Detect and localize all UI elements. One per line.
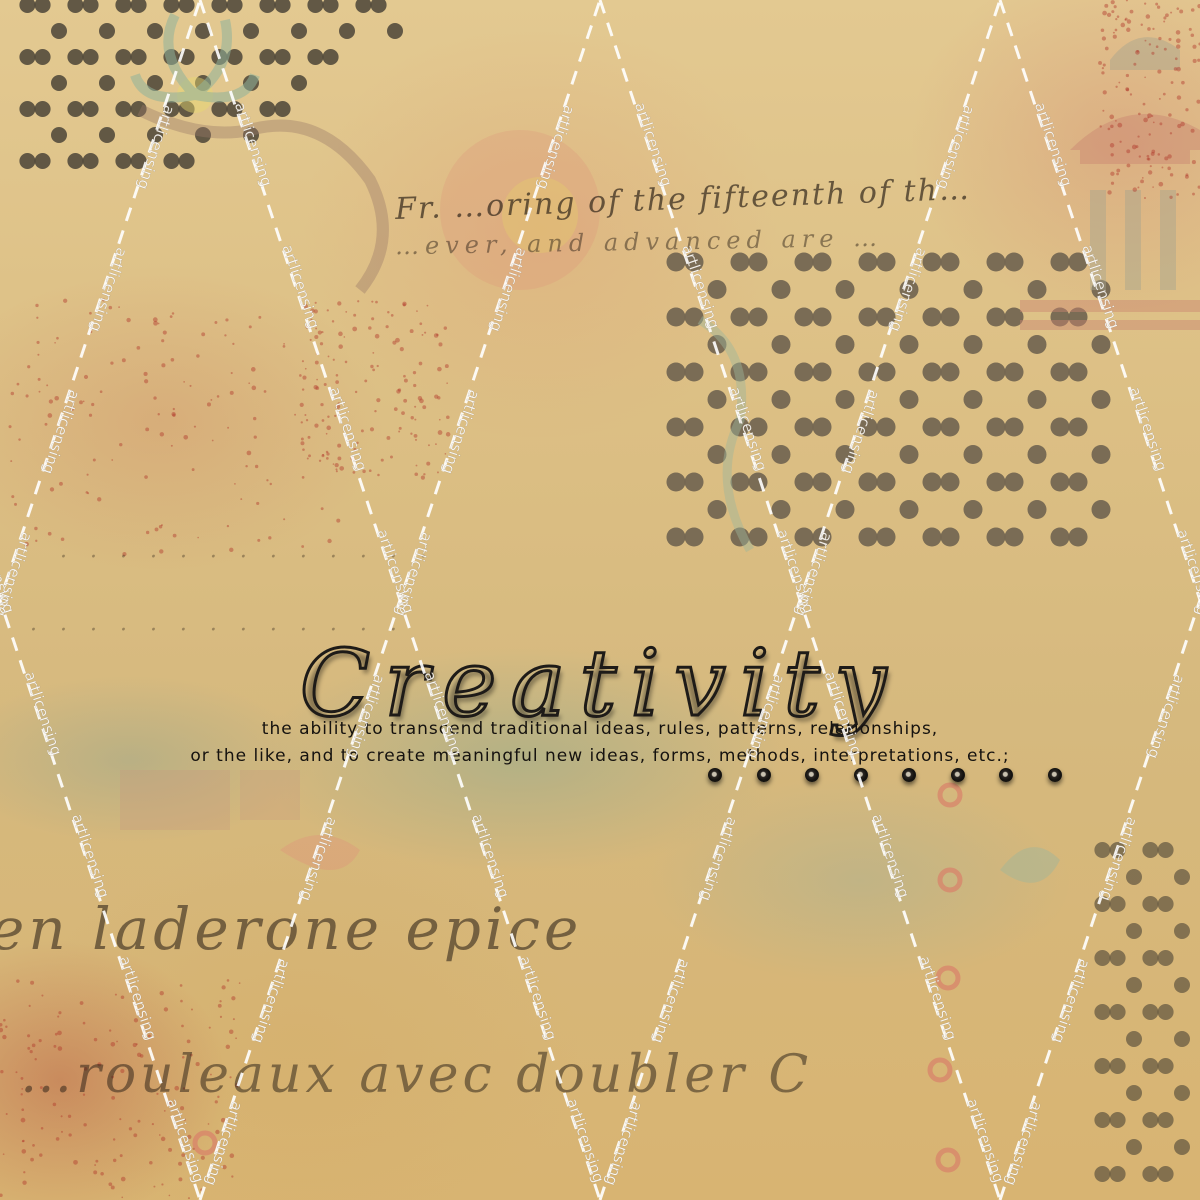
watermark-lattice: artlicensingartlicensingartlicensingartl… xyxy=(0,0,1200,1200)
watermark-text: artlicensingartlicensingartlicensingartl… xyxy=(231,100,608,1185)
watermark-text: artlicensingartlicensingartlicensingartl… xyxy=(602,103,979,1188)
watermark-text: artlicensingartlicensingartlicensingartl… xyxy=(202,103,579,1188)
watermark-text: artlicensingartlicensingartlicensingartl… xyxy=(0,100,208,1185)
watermark-text: artlicensingartlicensingartlicensingartl… xyxy=(631,100,1008,1185)
artwork-canvas: Fr. …oring of the fifteenth of th… …ever… xyxy=(0,0,1200,1200)
